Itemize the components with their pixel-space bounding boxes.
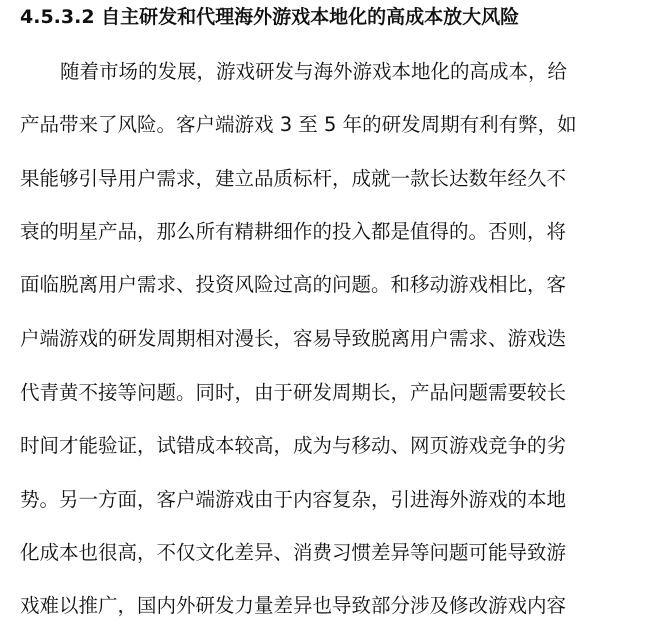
paragraph-line: 势。另一方面，客户端游戏由于内容复杂，引进海外游戏的本地 bbox=[20, 485, 566, 515]
paragraph-line: 化成本也很高，不仅文化差异、消费习惯差异等问题可能导致游 bbox=[20, 538, 566, 568]
paragraph-line: 戏难以推广，国内外研发力量差异也导致部分涉及修改游戏内容 bbox=[20, 591, 566, 621]
paragraph-line: 面临脱离用户需求、投资风险过高的问题。和移动游戏相比，客 bbox=[20, 270, 566, 300]
section-heading: 4.5.3.2 自主研发和代理海外游戏本地化的高成本放大风险 bbox=[20, 2, 519, 32]
paragraph-line: 时间才能验证，试错成本较高，成为与移动、网页游戏竞争的劣 bbox=[20, 431, 566, 461]
paragraph-line: 产品带来了风险。客户端游戏 3 至 5 年的研发周期有利有弊，如 bbox=[20, 110, 577, 140]
paragraph-line: 随着市场的发展，游戏研发与海外游戏本地化的高成本，给 bbox=[60, 57, 567, 87]
paragraph-line: 果能够引导用户需求，建立品质标杆，成就一款长达数年经久不 bbox=[20, 164, 566, 194]
paragraph-line: 衰的明星产品，那么所有精耕细作的投入都是值得的。否则，将 bbox=[20, 217, 566, 247]
paragraph-line: 代青黄不接等问题。同时，由于研发周期长，产品问题需要较长 bbox=[20, 378, 566, 408]
paragraph-line: 户端游戏的研发周期相对漫长，容易导致脱离用户需求、游戏迭 bbox=[20, 324, 566, 354]
